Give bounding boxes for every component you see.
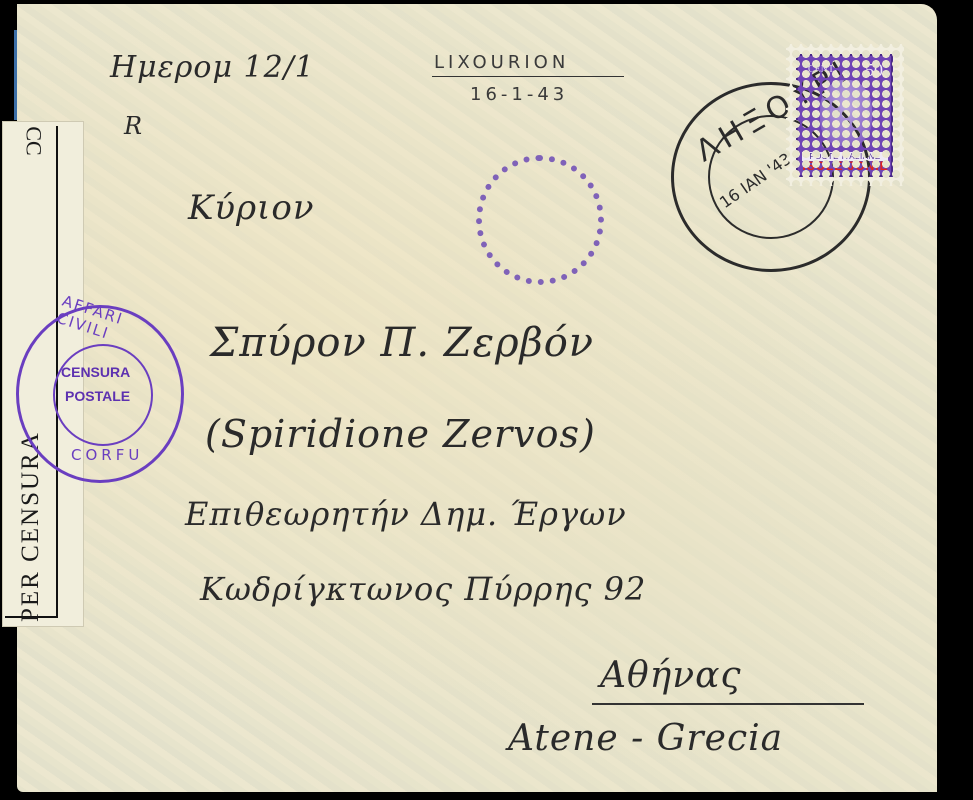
greek-date-note: Ημερομ 12/1	[110, 50, 315, 85]
stamp-denomination-label: CENT.	[808, 64, 836, 75]
censor-handstamp-line2: POSTALE	[65, 388, 130, 404]
origin-date-note: 16-1-43	[470, 84, 568, 105]
address-salutation: Κύριον	[188, 188, 315, 228]
censor-handstamp: AFFARI CIVILI CENSURA POSTALE CORFU	[16, 305, 184, 483]
origin-underline	[432, 76, 624, 77]
stamp-overprint: ISOLE JONIE	[798, 159, 893, 173]
address-title: Επιθεωρητήν Δημ. Έργων	[185, 495, 627, 533]
origin-note: LIXOURION	[434, 52, 569, 73]
registration-initial: R	[124, 112, 143, 140]
censor-label-top-text: CC	[21, 126, 47, 155]
stamp-design: CENT. 50 POSTE ITALIANE ISOLE JONIE	[796, 54, 893, 177]
address-city-underline	[592, 703, 864, 705]
postage-stamp: CENT. 50 POSTE ITALIANE ISOLE JONIE	[786, 44, 904, 186]
address-name-latin: (Spiridione Zervos)	[205, 412, 596, 456]
address-street: Κωδρίγκτωνος Πύρρης 92	[200, 570, 646, 608]
king-portrait-icon	[820, 80, 872, 146]
address-city-latin: Atene - Grecia	[508, 718, 783, 759]
censor-handstamp-bottom-text: CORFU	[71, 446, 143, 464]
envelope-flap-edge	[14, 30, 17, 120]
address-city: Αθήνας	[600, 655, 742, 696]
address-name: Σπύρον Π. Ζερβόν	[210, 320, 594, 366]
censor-label-text: PER CENSURA	[17, 431, 45, 622]
violet-ring-handstamp	[476, 155, 604, 285]
censor-handstamp-line1: CENSURA	[61, 364, 130, 380]
stamp-value: 50	[865, 60, 883, 81]
